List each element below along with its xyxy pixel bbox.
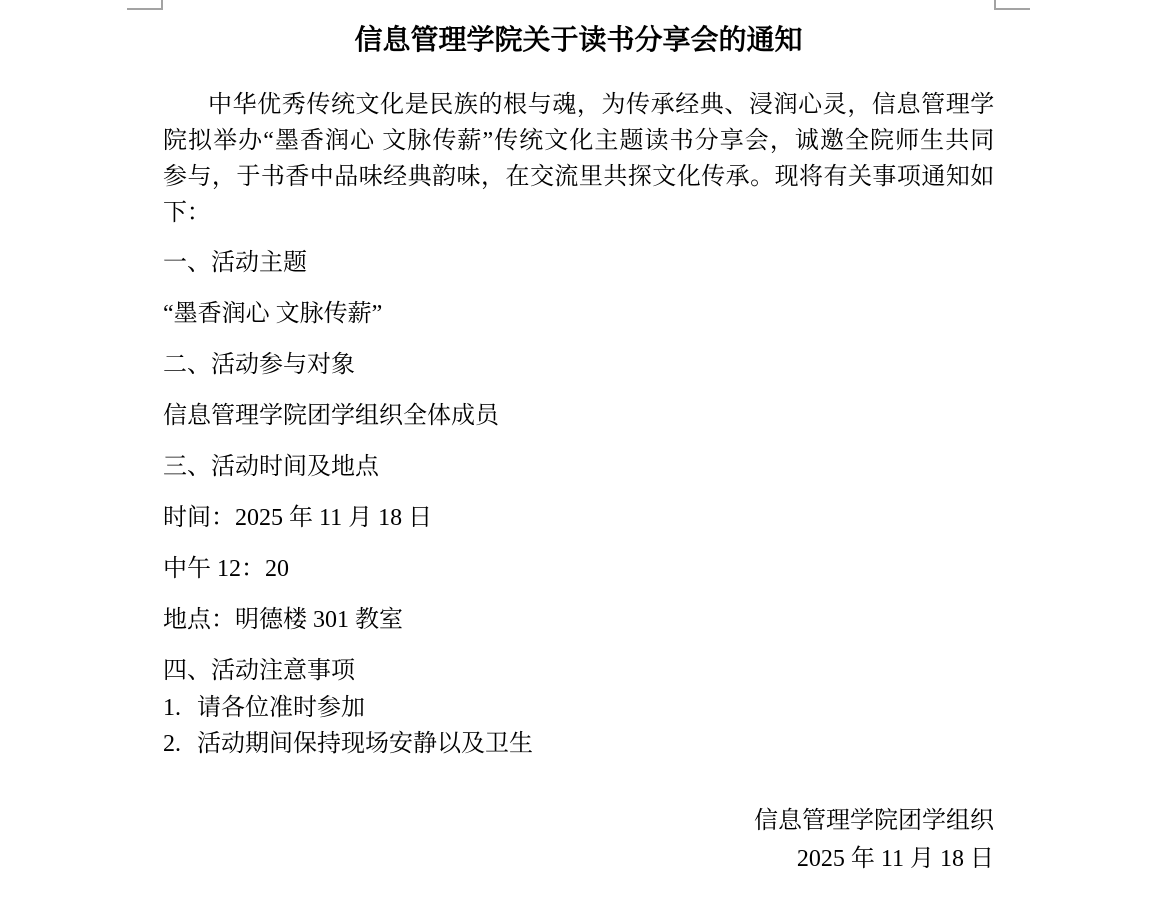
- location-line: 地点：明德楼 301 教室: [163, 601, 994, 639]
- note-item-2-number: 2.: [163, 726, 191, 762]
- signature-organization: 信息管理学院团学组织: [163, 802, 994, 840]
- section-heading-theme: 一、活动主题: [163, 244, 994, 282]
- page-margin-mark-top-right: [994, 0, 1030, 10]
- note-item-2-text: 活动期间保持现场安静以及卫生: [197, 731, 533, 757]
- note-item-1-text: 请各位准时参加: [197, 695, 365, 721]
- document-body: 信息管理学院关于读书分享会的通知 中华优秀传统文化是民族的根与魂，为传承经典、浸…: [163, 0, 994, 878]
- note-item-1: 1. 请各位准时参加: [163, 690, 994, 726]
- signature-block: 信息管理学院团学组织 2025 年 11 月 18 日: [163, 802, 994, 878]
- page-margin-mark-top-left: [127, 0, 163, 10]
- intro-paragraph: 中华优秀传统文化是民族的根与魂，为传承经典、浸润心灵，信息管理学 院拟举办“墨香…: [163, 87, 994, 231]
- intro-line-1: 中华优秀传统文化是民族的根与魂，为传承经典、浸润心灵，信息管理学: [163, 87, 994, 123]
- section-heading-notes: 四、活动注意事项: [163, 652, 994, 690]
- section-heading-participants: 二、活动参与对象: [163, 346, 994, 384]
- intro-line-4: 下：: [163, 195, 994, 231]
- intro-line-3: 参与，于书香中品味经典韵味，在交流里共探文化传承。现将有关事项通知如: [163, 159, 994, 195]
- noon-time-line: 中午 12：20: [163, 550, 994, 588]
- participants-value: 信息管理学院团学组织全体成员: [163, 397, 994, 435]
- intro-line-2: 院拟举办“墨香润心 文脉传薪”传统文化主题读书分享会，诚邀全院师生共同: [163, 123, 994, 159]
- signature-date: 2025 年 11 月 18 日: [163, 840, 994, 878]
- note-item-2: 2. 活动期间保持现场安静以及卫生: [163, 726, 994, 762]
- document-title: 信息管理学院关于读书分享会的通知: [163, 21, 994, 61]
- theme-value: “墨香润心 文脉传薪”: [163, 295, 994, 333]
- document-page: 信息管理学院关于读书分享会的通知 中华优秀传统文化是民族的根与魂，为传承经典、浸…: [0, 0, 1160, 923]
- note-item-1-number: 1.: [163, 690, 191, 726]
- time-line: 时间：2025 年 11 月 18 日: [163, 499, 994, 537]
- section-heading-time-location: 三、活动时间及地点: [163, 448, 994, 486]
